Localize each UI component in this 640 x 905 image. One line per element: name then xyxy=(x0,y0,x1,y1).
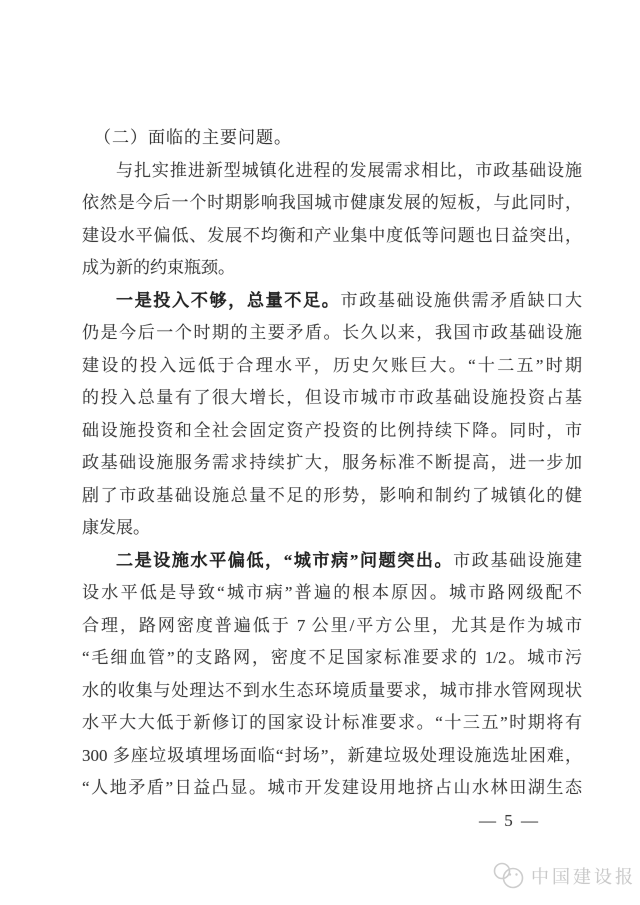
text-line: 水的收集与处理达不到水生态环境质量要求，城市排水管网现状 xyxy=(82,675,582,708)
text-line-text: “毛细血管”的支路网，密度不足国家标准要求的 1/2。城市污 xyxy=(82,648,582,667)
section-heading-text: （二）面临的主要问题。 xyxy=(94,128,292,147)
text-line: 成为新的约束瓶颈。 xyxy=(82,252,582,285)
text-line: 与扎实推进新型城镇化进程的发展需求相比，市政基础设施 xyxy=(82,155,582,188)
text-line: 剧了市政基础设施总量不足的形势，影响和制约了城镇化的健 xyxy=(82,480,582,513)
text-line-bold: 一是投入不够，总量不足。 xyxy=(116,291,341,310)
text-line-text: 建设水平偏低、发展不均衡和产业集中度低等问题也日益突出， xyxy=(82,226,582,245)
text-line: 依然是今后一个时期影响我国城市健康发展的短板，与此同时， xyxy=(82,187,582,220)
text-line: 二是设施水平偏低，“城市病”问题突出。市政基础设施建 xyxy=(82,545,582,578)
page-number: — 5 — xyxy=(82,805,582,838)
text-line-text: 300 多座垃圾填埋场面临“封场”，新建垃圾处理设施选址困难， xyxy=(82,746,582,765)
text-line: 建设水平偏低、发展不均衡和产业集中度低等问题也日益突出， xyxy=(82,220,582,253)
text-line: 水平大大低于新修订的国家设计标准要求。“十三五”时期将有 xyxy=(82,707,582,740)
brand-logo-icon xyxy=(492,861,526,891)
text-line: 康发展。 xyxy=(82,512,582,545)
text-line: 设水平低是导致“城市病”普遍的根本原因。城市路网级配不 xyxy=(82,577,582,610)
text-line: 300 多座垃圾填埋场面临“封场”，新建垃圾处理设施选址困难， xyxy=(82,740,582,773)
text-line: 的投入总量有了很大增长，但设市城市市政基础设施投资占基 xyxy=(82,382,582,415)
text-line-text: 水平大大低于新修订的国家设计标准要求。“十三五”时期将有 xyxy=(82,713,582,732)
text-line: “人地矛盾”日益凸显。城市开发建设用地挤占山水林田湖生态 xyxy=(82,772,582,805)
text-line-text: 设水平低是导致“城市病”普遍的根本原因。城市路网级配不 xyxy=(82,583,582,602)
text-line-text: 成为新的约束瓶颈。 xyxy=(82,258,235,277)
text-line-text: 仍是今后一个时期的主要矛盾。长久以来，我国市政基础设施 xyxy=(82,323,582,342)
watermark-footer: 中国建设报 xyxy=(492,860,636,892)
text-line-text: 依然是今后一个时期影响我国城市健康发展的短板，与此同时， xyxy=(82,193,582,212)
page-number-text: — 5 — xyxy=(479,811,540,830)
text-line-text: 础设施投资和全社会固定资产投资的比例持续下降。同时，市 xyxy=(82,421,582,440)
text-line-text: 康发展。 xyxy=(82,518,150,537)
text-line: 础设施投资和全社会固定资产投资的比例持续下降。同时，市 xyxy=(82,415,582,448)
text-line-text: 水的收集与处理达不到水生态环境质量要求，城市排水管网现状 xyxy=(82,681,582,700)
text-line-text: 政基础设施服务需求持续扩大，服务标准不断提高，进一步加 xyxy=(82,453,582,472)
brand-name: 中国建设报 xyxy=(531,863,636,889)
text-block: （二）面临的主要问题。 与扎实推进新型城镇化进程的发展需求相比，市政基础设施 依… xyxy=(82,122,582,837)
text-line-text: 合理，路网密度普遍低于 7 公里/平方公里，尤其是作为城市 xyxy=(82,616,582,635)
text-line-text: 剧了市政基础设施总量不足的形势，影响和制约了城镇化的健 xyxy=(82,486,582,505)
text-line-text: 市政基础设施建 xyxy=(453,551,582,570)
text-line: 合理，路网密度普遍低于 7 公里/平方公里，尤其是作为城市 xyxy=(82,610,582,643)
text-line-text: 建设的投入远低于合理水平，历史欠账巨大。“十二五”时期 xyxy=(82,356,582,375)
text-line: 政基础设施服务需求持续扩大，服务标准不断提高，进一步加 xyxy=(82,447,582,480)
text-line: “毛细血管”的支路网，密度不足国家标准要求的 1/2。城市污 xyxy=(82,642,582,675)
text-line-bold: 二是设施水平偏低，“城市病”问题突出。 xyxy=(116,551,453,570)
text-line: 建设的投入远低于合理水平，历史欠账巨大。“十二五”时期 xyxy=(82,350,582,383)
text-line-text: “人地矛盾”日益凸显。城市开发建设用地挤占山水林田湖生态 xyxy=(82,778,582,797)
section-heading: （二）面临的主要问题。 xyxy=(82,122,582,155)
text-line: 一是投入不够，总量不足。市政基础设施供需矛盾缺口大 xyxy=(82,285,582,318)
text-line-text: 的投入总量有了很大增长，但设市城市市政基础设施投资占基 xyxy=(82,388,582,407)
text-line-text: 与扎实推进新型城镇化进程的发展需求相比，市政基础设施 xyxy=(116,161,582,180)
text-line: 仍是今后一个时期的主要矛盾。长久以来，我国市政基础设施 xyxy=(82,317,582,350)
document-page: （二）面临的主要问题。 与扎实推进新型城镇化进程的发展需求相比，市政基础设施 依… xyxy=(0,0,640,905)
text-line-text: 市政基础设施供需矛盾缺口大 xyxy=(341,291,583,310)
